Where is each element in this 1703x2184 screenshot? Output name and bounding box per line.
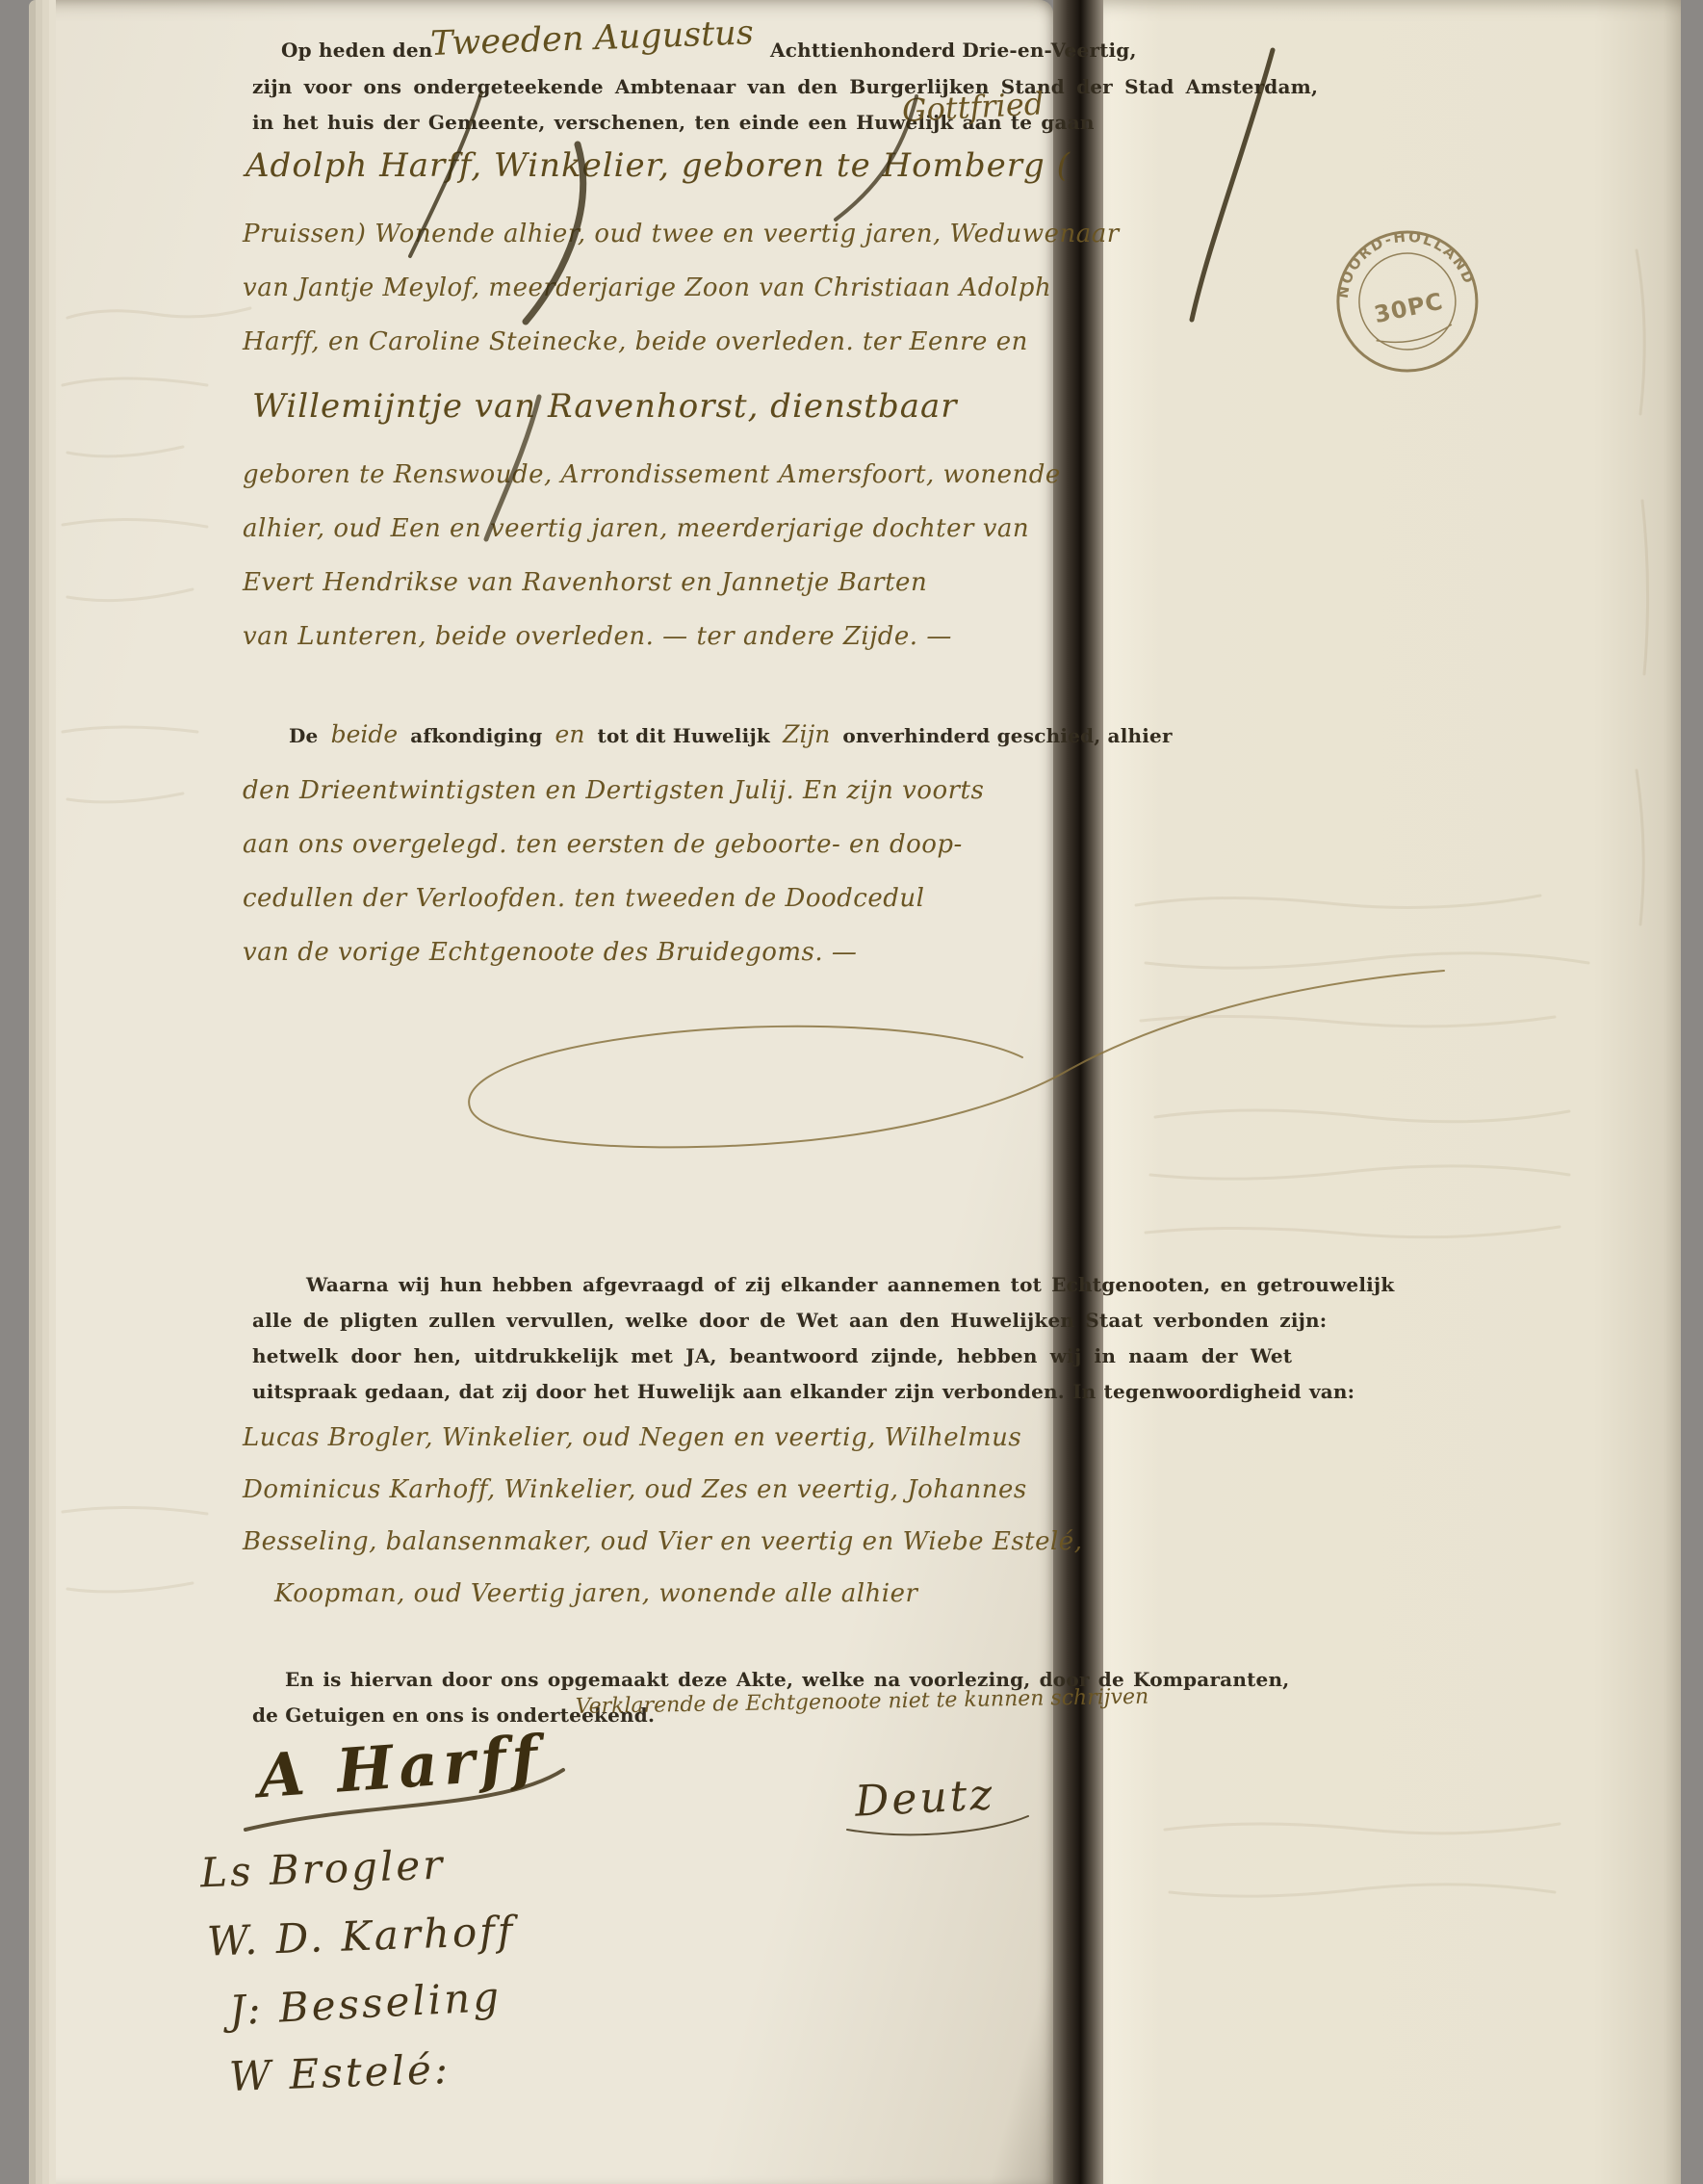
printed-fragment: De <box>289 724 318 747</box>
declaration-line: alle de pligten zullen vervullen, welke … <box>252 1309 1327 1332</box>
scan-background-edge <box>1681 0 1703 2184</box>
declaration-line: hetwelk door hen, uitdrukkelijk met JA, … <box>252 1344 1292 1367</box>
groom-line: Adolph Harff, Winkelier, geboren te Homb… <box>245 146 1071 185</box>
bride-line: van Lunteren, beide overleden. — ter and… <box>243 622 952 651</box>
bride-line: Evert Hendrikse van Ravenhorst en Jannet… <box>243 568 927 597</box>
handwritten-fragment: en <box>555 720 585 748</box>
printed-line-officiant: zijn voor ons ondergeteekende Ambtenaar … <box>252 75 1318 98</box>
stamp-center-text: 30PC <box>1372 288 1446 328</box>
signature-witness4: W Estelé: <box>228 2045 451 2100</box>
banns-line: aan ons overgelegd. ten eersten de geboo… <box>243 830 963 859</box>
printed-date-prefix: Op heden den <box>281 39 433 62</box>
banns-line: den Drieentwintigsten en Dertigsten Juli… <box>243 776 984 805</box>
page-edge-strip <box>49 0 56 2184</box>
witness-line: Koopman, oud Veertig jaren, wonende alle… <box>274 1579 917 1608</box>
witness-line: Besseling, balansenmaker, oud Vier en ve… <box>243 1527 1082 1556</box>
printed-year: Achttienhonderd Drie-en-Veertig, <box>770 39 1137 62</box>
page-edge-strip <box>29 0 36 2184</box>
witness-line: Lucas Brogler, Winkelier, oud Negen en v… <box>243 1423 1021 1452</box>
declaration-line: Waarna wij hun hebben afgevraagd of zij … <box>306 1273 1394 1296</box>
banns-mixed-line: De beide afkondiging en tot dit Huwelijk… <box>289 720 1173 748</box>
signature-official: Deutz <box>854 1770 996 1827</box>
banns-line: cedullen der Verloofden. ten tweeden de … <box>243 884 924 913</box>
banns-line: van de vorige Echtgenoote des Bruidegoms… <box>243 938 857 967</box>
bride-line: Willemijntje van Ravenhorst, dienstbaar <box>252 387 958 426</box>
bride-line: geboren te Renswoude, Arrondissement Ame… <box>243 460 1061 489</box>
handwritten-fragment: Zijn <box>783 720 830 748</box>
groom-line: Harff, en Caroline Steinecke, beide over… <box>243 327 1028 356</box>
groom-line: Pruissen) Wonende alhier, oud twee en ve… <box>243 220 1120 248</box>
bride-line: alhier, oud Een en veertig jaren, meerde… <box>243 514 1029 543</box>
handwritten-groom-firstname: Gottfried <box>901 85 1045 129</box>
scanned-marriage-record: Op heden den Tweeden Augustus Achttienho… <box>0 0 1703 2184</box>
signature-witness1: Ls Brogler <box>199 1841 446 1897</box>
page-edge-strip <box>42 0 49 2184</box>
book-gutter <box>1053 0 1103 2184</box>
witness-line: Dominicus Karhoff, Winkelier, oud Zes en… <box>243 1475 1027 1504</box>
declaration-line: uitspraak gedaan, dat zij door het Huwel… <box>252 1380 1355 1403</box>
printed-fragment: onverhinderd geschied, alhier <box>842 724 1172 747</box>
page-edge-strip <box>36 0 42 2184</box>
printed-fragment: tot dit Huwelijk <box>598 724 770 747</box>
handwritten-fragment: beide <box>331 720 399 748</box>
groom-line: van Jantje Meylof, meerderjarige Zoon va… <box>243 273 1051 302</box>
printed-fragment: afkondiging <box>410 724 542 747</box>
